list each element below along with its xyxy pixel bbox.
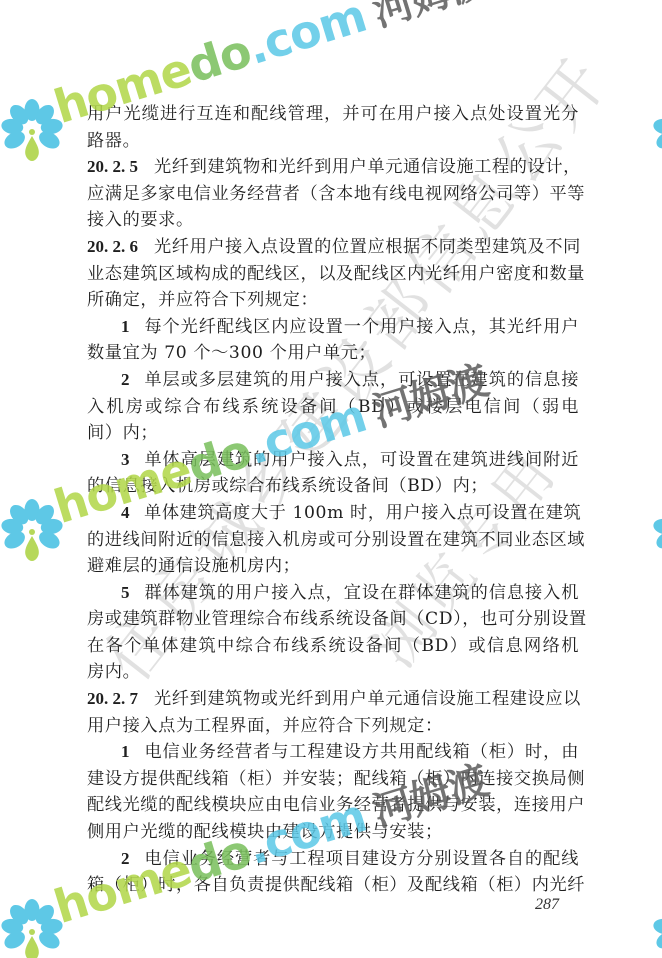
line-text: 数量宜为 70 个～300 个用户单元； <box>87 343 376 363</box>
clause-heading-line: 20. 2. 6光纤用户接入点设置的位置应根据不同类型建筑及不同 <box>87 234 579 261</box>
item-number: 2 <box>121 370 130 389</box>
homedo-flower-logo-icon-partial <box>650 96 662 164</box>
line-text: 业态建筑区域构成的配线区，以及配线区内光纤用户密度和数量 <box>87 264 585 284</box>
line-text: 在各个单体建筑中综合布线系统设备间（BD）或信息网络机 <box>87 636 579 656</box>
page-number: 287 <box>535 896 559 914</box>
item-number: 1 <box>121 742 130 761</box>
list-item-line: 1每个光纤配线区内应设置一个用户接入点，其光纤用户 <box>87 314 579 341</box>
list-item-line: 2单层或多层建筑的用户接入点，可设置在建筑的信息接 <box>87 367 579 394</box>
list-item-line: 1电信业务经营者与工程建设方共用配线箱（柜）时，由 <box>87 739 579 766</box>
line-text: 房内。 <box>87 662 140 682</box>
text-line: 房内。 <box>87 659 579 686</box>
line-text: 电信业务经营者与工程建设方共用配线箱（柜）时，由 <box>144 742 579 762</box>
line-text: 建设方提供配线箱（柜）并安装；配线箱（柜）内连接交换局侧 <box>87 769 585 789</box>
text-line: 接入的要求。 <box>87 207 579 234</box>
list-item-line: 5群体建筑的用户接入点，宜设在群体建筑的信息接入机 <box>87 580 579 607</box>
homedo-flower-logo-icon <box>0 896 66 958</box>
clause-heading-line: 20. 2. 7光纤到建筑物或光纤到用户单元通信设施工程建设应以 <box>87 686 579 713</box>
line-text: 单体建筑高度大于 100m 时，用户接入点可设置在建筑 <box>144 503 581 523</box>
line-text: 避难层的通信设施机房内； <box>87 556 300 576</box>
text-line: 的进线间附近的信息接入机房或可分别设置在建筑不同业态区域 <box>87 527 579 554</box>
homedo-flower-logo-icon-partial <box>650 896 662 958</box>
line-text: 房或建筑群物业管理综合布线系统设备间（CD），也可分别设置 <box>87 609 587 629</box>
line-text: 用户光缆进行互连和配线管理，并可在用户接入点处设置光分 <box>87 104 579 124</box>
text-line: 路器。 <box>87 128 579 155</box>
clause-number: 20. 2. 5 <box>87 157 138 176</box>
line-text: 应满足多家电信业务经营者（含本地有线电视网络公司等）平等 <box>87 184 585 204</box>
text-line: 房或建筑群物业管理综合布线系统设备间（CD），也可分别设置 <box>87 606 579 633</box>
text-line: 用户接入点为工程界面，并应符合下列规定： <box>87 713 579 740</box>
text-line: 建设方提供配线箱（柜）并安装；配线箱（柜）内连接交换局侧 <box>87 766 579 793</box>
line-text: 用户接入点为工程界面，并应符合下列规定： <box>87 716 443 736</box>
document-page: 住房城乡建设部信息公开 浏览专用 用户光缆进行互连和配线管理，并可在用户接入点处… <box>0 0 662 958</box>
line-text: 的进线间附近的信息接入机房或可分别设置在建筑不同业态区域 <box>87 530 585 550</box>
homedo-flower-logo-icon <box>0 496 66 564</box>
line-text: 群体建筑的用户接入点，宜设在群体建筑的信息接入机 <box>144 583 579 603</box>
line-text: 接入的要求。 <box>87 210 194 230</box>
line-text: 光纤到建筑物和光纤到用户单元通信设施工程的设计， <box>154 157 581 177</box>
text-line: 业态建筑区域构成的配线区，以及配线区内光纤用户密度和数量 <box>87 261 579 288</box>
homedo-flower-logo-icon <box>0 96 66 164</box>
line-text: 每个光纤配线区内应设置一个用户接入点，其光纤用户 <box>144 317 579 337</box>
item-number: 5 <box>121 583 130 602</box>
line-text: 光纤到建筑物或光纤到用户单元通信设施工程建设应以 <box>154 689 581 709</box>
text-line: 所确定，并应符合下列规定： <box>87 287 579 314</box>
line-text: 路器。 <box>87 131 140 151</box>
text-line: 应满足多家电信业务经营者（含本地有线电视网络公司等）平等 <box>87 181 579 208</box>
clause-number: 20. 2. 7 <box>87 689 138 708</box>
text-line: 避难层的通信设施机房内； <box>87 553 579 580</box>
clause-number: 20. 2. 6 <box>87 237 138 256</box>
homedo-flower-logo-icon-partial <box>650 496 662 564</box>
text-line: 在各个单体建筑中综合布线系统设备间（BD）或信息网络机 <box>87 633 579 660</box>
line-text: 间）内； <box>87 423 158 443</box>
text-line: 数量宜为 70 个～300 个用户单元； <box>87 340 579 367</box>
item-number: 1 <box>121 317 130 336</box>
line-text: 所确定，并应符合下列规定： <box>87 290 318 310</box>
clause-heading-line: 20. 2. 5光纤到建筑物和光纤到用户单元通信设施工程的设计， <box>87 154 579 181</box>
line-text: 光纤用户接入点设置的位置应根据不同类型建筑及不同 <box>154 237 581 257</box>
